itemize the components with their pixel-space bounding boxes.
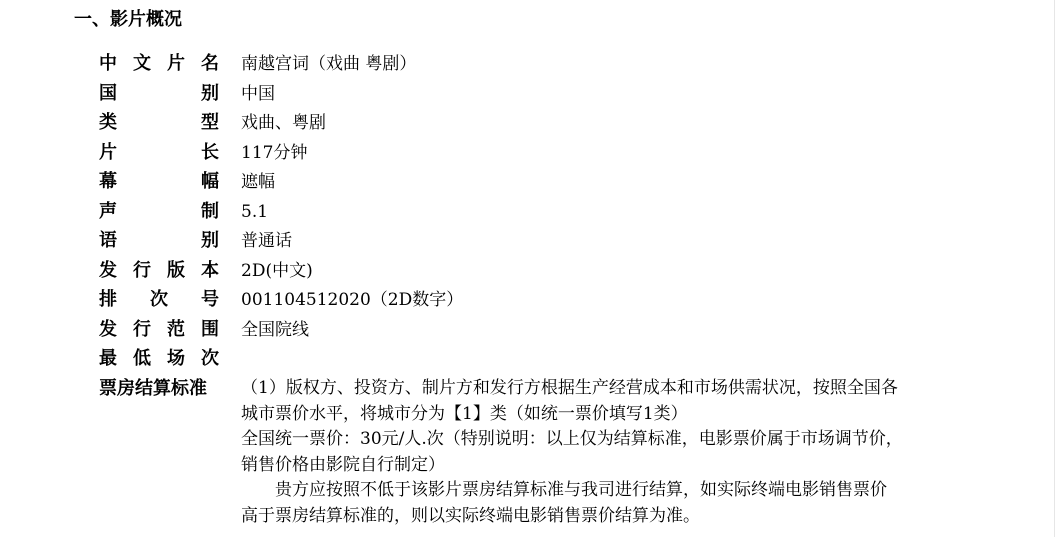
field-value: 遮幅 xyxy=(241,169,275,195)
section-title: 一、影片概况 xyxy=(74,8,182,32)
field-row-genre: 类 型 戏曲、粤剧 xyxy=(99,110,326,136)
settlement-line: 贵方应按照不低于该影片票房结算标准与我司进行结算，如实际终端电影销售票价 xyxy=(241,478,1001,504)
settlement-label: 票房结算标准 xyxy=(99,376,207,402)
field-value: 117分钟 xyxy=(241,140,307,166)
field-label: 发 行 版 本 xyxy=(99,258,221,284)
field-label: 语 别 xyxy=(99,228,221,254)
field-row-aspect: 幕 幅 遮幅 xyxy=(99,169,275,195)
field-row-country: 国 别 中国 xyxy=(99,81,275,107)
field-row-language: 语 别 普通话 xyxy=(99,228,292,254)
field-value: 5.1 xyxy=(241,199,268,225)
field-value: 2D(中文) xyxy=(241,258,313,284)
field-label: 发 行 范 围 xyxy=(99,317,221,343)
field-value: 中国 xyxy=(241,81,275,107)
field-row-release-scope: 发 行 范 围 全国院线 xyxy=(99,317,309,343)
field-label: 排 次 号 xyxy=(99,287,221,313)
field-label: 片 长 xyxy=(99,140,221,166)
field-row-chinese-title: 中 文 片 名 南越宫词（戏曲 粤剧） xyxy=(99,51,416,77)
field-label: 国 别 xyxy=(99,81,221,107)
field-value: 戏曲、粤剧 xyxy=(241,110,326,136)
settlement-line: 城市票价水平，将城市分为【1】类（如统一票价填写1类） xyxy=(241,402,1001,428)
settlement-line: 高于票房结算标准的，则以实际终端电影销售票价结算为准。 xyxy=(241,504,1001,530)
field-label: 声 制 xyxy=(99,199,221,225)
settlement-line: 全国统一票价：30元/人.次（特别说明：以上仅为结算标准，电影票价属于市场调节价… xyxy=(241,427,1001,453)
field-value: 南越宫词（戏曲 粤剧） xyxy=(241,51,416,77)
field-value: 001104512020（2D数字） xyxy=(241,287,463,313)
field-label: 中 文 片 名 xyxy=(99,51,221,77)
field-row-sound: 声 制 5.1 xyxy=(99,199,268,225)
field-value: 普通话 xyxy=(241,228,292,254)
field-value: 全国院线 xyxy=(241,317,309,343)
field-row-schedule-number: 排 次 号 001104512020（2D数字） xyxy=(99,287,463,313)
settlement-text: （1）版权方、投资方、制片方和发行方根据生产经营成本和市场供需状况，按照全国各 … xyxy=(241,376,1001,529)
page-edge-divider xyxy=(1054,0,1055,537)
settlement-line: （1）版权方、投资方、制片方和发行方根据生产经营成本和市场供需状况，按照全国各 xyxy=(241,376,1001,402)
field-row-minimum-screenings: 最 低 场 次 xyxy=(99,346,241,372)
field-label: 类 型 xyxy=(99,110,221,136)
field-label: 最 低 场 次 xyxy=(99,346,221,372)
settlement-line: 销售价格由影院自行制定） xyxy=(241,453,1001,479)
field-row-release-version: 发 行 版 本 2D(中文) xyxy=(99,258,313,284)
field-row-runtime: 片 长 117分钟 xyxy=(99,140,307,166)
field-label: 幕 幅 xyxy=(99,169,221,195)
